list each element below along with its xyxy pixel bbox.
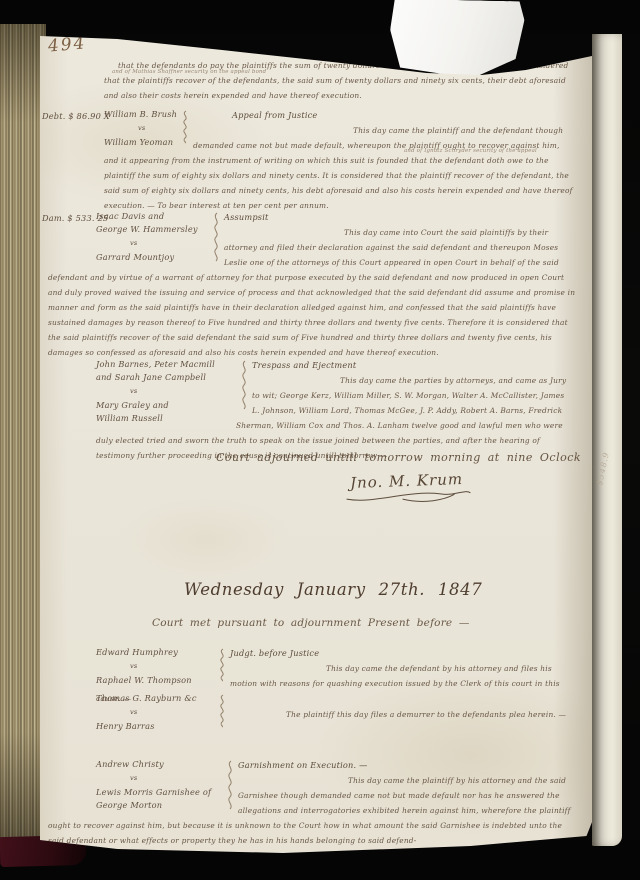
case-parties: John Barnes, Peter Macmill and Sarah Jan… (96, 358, 236, 425)
case-entry: John Barnes, Peter Macmill and Sarah Jan… (96, 358, 574, 463)
brace-squiggle-icon (216, 694, 228, 728)
brace-squiggle-icon (238, 360, 250, 412)
brace-squiggle-icon (210, 212, 222, 264)
defendant-name: Raphael W. Thompson (96, 675, 192, 685)
brace-squiggle-icon (179, 110, 191, 144)
vs-label: vs (130, 237, 208, 250)
vs-label: vs (130, 706, 214, 719)
vs-label: vs (130, 772, 222, 785)
case-title: Appeal from Justice (232, 108, 576, 123)
plaintiff-name: William B. Brush (104, 109, 177, 119)
plaintiff-name: Thomas G. Rayburn &c (96, 693, 197, 703)
defendant-name: Lewis Morris Garnishee of George Morton (96, 787, 211, 810)
interline-note: and of Mathias Shaffner security on the … (112, 69, 266, 75)
defendant-name: Mary Graley and William Russell (96, 400, 169, 423)
vs-label: vs (130, 660, 214, 673)
next-page-edge: $548.9 (592, 34, 622, 846)
brace-squiggle-icon (216, 648, 228, 682)
book-left-edge (0, 24, 46, 848)
session-subheading: Court met pursuant to adjournment Presen… (152, 616, 470, 631)
vs-label: vs (130, 385, 236, 398)
defendant-name: William Yeoman (104, 137, 173, 147)
defendant-name: Garrard Mountjoy (96, 252, 174, 262)
page-number: 494 (47, 36, 87, 54)
brace-squiggle-icon (224, 760, 236, 812)
case-entry: Dam. $ 533. 25 Isaac Davis and George W.… (48, 210, 576, 360)
judge-signature: Jno. M. Krum (350, 472, 464, 491)
case-parties: Thomas G. Rayburn &c vs Henry Barras (96, 692, 214, 733)
interline-note: and of Ignatz Schryder security of the a… (404, 148, 537, 154)
case-parties: Isaac Davis and George W. Hammersley vs … (96, 210, 208, 264)
case-parties: Andrew Christy vs Lewis Morris Garnishee… (96, 758, 222, 812)
plaintiff-name: John Barnes, Peter Macmill and Sarah Jan… (96, 359, 215, 382)
case-entry: Debt. $ 86.90 X William B. Brush vs Will… (104, 108, 576, 213)
ledger-page: 494 and of Mathias Shaffner security on … (40, 26, 592, 854)
margin-amount: Dam. $ 533. 25 (42, 212, 108, 224)
signature-flourish (344, 486, 472, 506)
margin-amount: Debt. $ 86.90 X (42, 110, 110, 122)
adjournment-line: Court adjourned untill tomorrow morning … (216, 450, 581, 465)
vs-label: vs (138, 122, 177, 135)
case-entry: Thomas G. Rayburn &c vs Henry Barras The… (96, 692, 574, 733)
case-entry: Andrew Christy vs Lewis Morris Garnishee… (48, 758, 578, 848)
session-heading: Wednesday January 27th. 1847 (184, 582, 482, 597)
plaintiff-name: Edward Humphrey (96, 647, 178, 657)
bleed-through-note: $548.9 (595, 451, 611, 486)
defendant-name: Henry Barras (96, 721, 155, 731)
plaintiff-name: Isaac Davis and George W. Hammersley (96, 211, 198, 234)
case-parties: Edward Humphrey vs Raphael W. Thompson (96, 646, 214, 687)
case-parties: William B. Brush vs William Yeoman (104, 108, 177, 149)
plaintiff-name: Andrew Christy (96, 759, 164, 769)
